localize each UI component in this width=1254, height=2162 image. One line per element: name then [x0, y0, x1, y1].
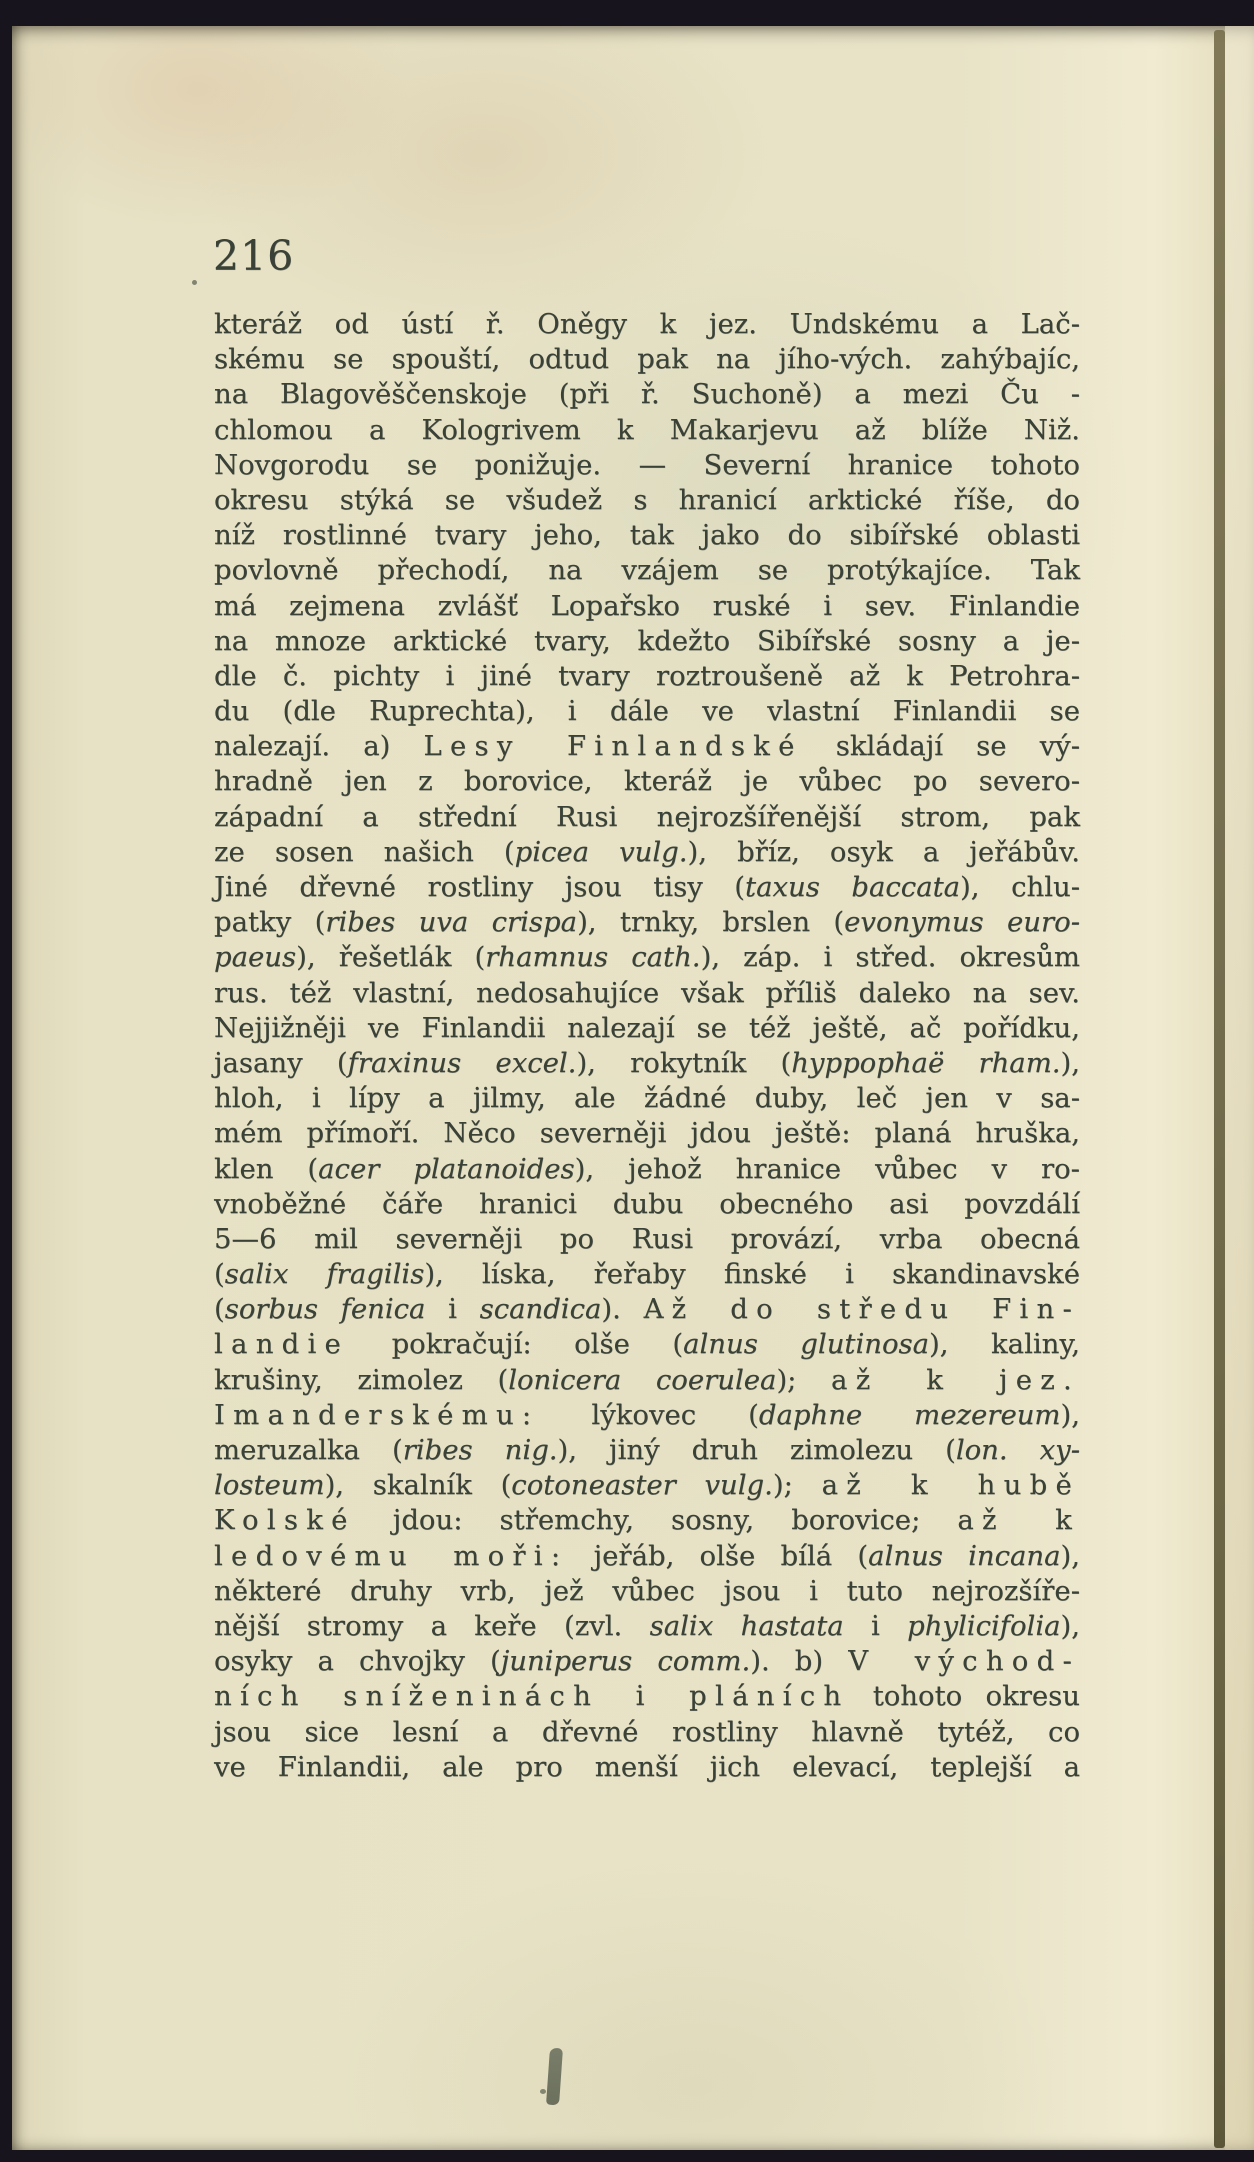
page-edge-strip	[1225, 26, 1254, 2150]
text-line: Imanderskému: lýkovec (daphne mezereum),	[214, 1398, 1080, 1433]
text-line: jsou sice lesní a dřevné rostliny hlavně…	[214, 1715, 1080, 1750]
text-segment: ), kaliny,	[929, 1328, 1080, 1360]
text-segment: krušiny, zimolez (	[214, 1364, 508, 1396]
text-line: ních sníženinách i pláních tohoto okresu	[214, 1679, 1080, 1714]
text-segment: Novgorodu se ponižuje. — Severní hranice…	[214, 449, 1080, 481]
text-segment: i	[844, 1610, 907, 1642]
text-segment: ), trnky, brslen (	[577, 906, 844, 938]
text-segment: až k hubě	[822, 1469, 1080, 1501]
text-segment: vnoběžné čáře hranici dubu obecného asi …	[214, 1188, 1080, 1220]
text-line: Jiné dřevné rostliny jsou tisy (taxus ba…	[214, 870, 1080, 905]
text-segment: ze sosen našich (	[214, 836, 515, 868]
text-line: (sorbus fenica i scandica). Až do středu…	[214, 1292, 1080, 1327]
text-segment: lon. xy-	[956, 1434, 1080, 1466]
text-line: hloh, i lípy a jilmy, ale žádné duby, le…	[214, 1081, 1080, 1116]
text-line: má zejmena zvlášť Lopařsko ruské i sev. …	[214, 589, 1080, 624]
text-segment: ), bříz, osyk a jeřábův.	[688, 836, 1080, 868]
text-segment: 5—6 mil severněji po Rusi provází, vrba …	[214, 1223, 1080, 1255]
text-line: kteráž od ústí ř. Oněgy k jez. Undskému …	[214, 307, 1080, 342]
ink-dot	[540, 2089, 546, 2094]
text-line: ve Finlandii, ale pro menší jich elevací…	[214, 1750, 1080, 1785]
text-segment: jdou: střemchy, sosny, borovice;	[356, 1504, 958, 1536]
text-segment: daphne mezereum	[759, 1399, 1061, 1431]
text-line: ze sosen našich (picea vulg.), bříz, osy…	[214, 835, 1080, 870]
text-segment: alnus glutinosa	[683, 1328, 929, 1360]
text-segment: juniperus comm.	[501, 1645, 751, 1677]
text-segment: jasany (	[214, 1047, 348, 1079]
text-segment: ribes nig.	[403, 1434, 558, 1466]
page-paper: 216 kteráž od ústí ř. Oněgy k jez. Undsk…	[12, 26, 1254, 2150]
text-segment: Jiné dřevné rostliny jsou tisy (	[214, 871, 745, 903]
text-segment: ), jiný druh zimolezu (	[558, 1434, 956, 1466]
text-line: některé druhy vrb, jež vůbec jsou i tuto…	[214, 1574, 1080, 1609]
text-line: vnoběžné čáře hranici dubu obecného asi …	[214, 1187, 1080, 1222]
text-line: krušiny, zimolez (lonicera coerulea); až…	[214, 1363, 1080, 1398]
text-segment: níž rostlinné tvary jeho, tak jako do si…	[214, 519, 1080, 551]
ink-smudge	[546, 2048, 563, 2106]
text-segment: na mnoze arktické tvary, kdežto Sibířské…	[214, 625, 1080, 657]
text-segment: i	[425, 1293, 479, 1325]
text-line: patky (ribes uva crispa), trnky, brslen …	[214, 905, 1080, 940]
text-line: osyky a chvojky (juniperus comm.). b) V …	[214, 1644, 1080, 1679]
text-line: hradně jen z borovice, kteráž je vůbec p…	[214, 764, 1080, 799]
text-segment: evonymus euro-	[844, 906, 1080, 938]
text-block: kteráž od ústí ř. Oněgy k jez. Undskému …	[214, 307, 1080, 1785]
text-segment: dle č. pichty i jiné tvary roztroušeně a…	[214, 660, 1080, 692]
text-segment: povlovně přechodí, na vzájem se protýkaj…	[214, 554, 1080, 586]
text-segment: lýkovec (	[539, 1399, 758, 1431]
text-segment: ), rokytník (	[576, 1047, 791, 1079]
text-line: na mnoze arktické tvary, kdežto Sibířské…	[214, 624, 1080, 659]
text-segment: ),	[1061, 1610, 1080, 1642]
text-segment: Až do středu Fin-	[644, 1293, 1080, 1325]
text-segment: ve Finlandii, ale pro menší jich elevací…	[214, 1751, 1080, 1783]
text-line: okresu stýká se všudež s hranicí arktick…	[214, 483, 1080, 518]
text-segment: salix fragilis	[225, 1258, 425, 1290]
text-line: rus. též vlastní, nedosahujíce však příl…	[214, 976, 1080, 1011]
text-segment: mém přímoří. Něco severněji jdou ještě: …	[214, 1117, 1080, 1149]
text-segment: hyppophaë rham.	[791, 1047, 1060, 1079]
text-segment: pokračují: olše (	[349, 1328, 683, 1360]
text-segment: (	[214, 1293, 225, 1325]
text-line: nější stromy a keře (zvl. salix hastata …	[214, 1609, 1080, 1644]
text-segment: kteráž od ústí ř. Oněgy k jez. Undskému …	[214, 308, 1080, 340]
text-line: (salix fragilis), líska, řeřaby finské i…	[214, 1257, 1080, 1292]
text-segment: du (dle Ruprechta), i dále ve vlastní Fi…	[214, 695, 1080, 727]
text-line: losteum), skalník (cotoneaster vulg.); a…	[214, 1468, 1080, 1503]
text-segment: okresu stýká se všudež s hranicí arktick…	[214, 484, 1080, 516]
paper-speck	[192, 280, 197, 285]
text-line: nalezají. a) Lesy Finlandské skládají se…	[214, 729, 1080, 764]
text-line: paeus), řešetlák (rhamnus cath.), záp. i…	[214, 940, 1080, 975]
text-segment: lonicera coerulea	[508, 1364, 776, 1396]
text-line: západní a střední Rusi nejrozšířenější s…	[214, 800, 1080, 835]
text-segment: ), líska, řeřaby finské i skandinavské	[424, 1258, 1080, 1290]
text-segment: phylicifolia	[907, 1610, 1060, 1642]
text-segment: na Blagověščenskoje (při ř. Suchoně) a m…	[214, 378, 1080, 410]
page-edge-line	[1214, 30, 1225, 2148]
text-segment: cotoneaster vulg.	[511, 1469, 773, 1501]
text-line: dle č. pichty i jiné tvary roztroušeně a…	[214, 659, 1080, 694]
text-line: povlovně přechodí, na vzájem se protýkaj…	[214, 553, 1080, 588]
text-segment: jeřáb, olše bílá (	[568, 1540, 868, 1572]
text-line: Novgorodu se ponižuje. — Severní hranice…	[214, 448, 1080, 483]
text-segment: fraxinus excel.	[348, 1047, 577, 1079]
text-line: ledovému moři: jeřáb, olše bílá (alnus i…	[214, 1539, 1080, 1574]
text-segment: ), záp. i střed. okresům	[701, 941, 1080, 973]
text-segment: ), chlu-	[960, 871, 1080, 903]
text-line: Nejjižněji ve Finlandii nalezají se též …	[214, 1011, 1080, 1046]
text-segment: ),	[1061, 1540, 1080, 1572]
text-segment: (	[214, 1258, 225, 1290]
text-segment: sorbus fenica	[225, 1293, 426, 1325]
text-segment: Imanderskému:	[214, 1399, 539, 1431]
text-line: 5—6 mil severněji po Rusi provází, vrba …	[214, 1222, 1080, 1257]
text-segment: V východ-	[848, 1645, 1080, 1677]
text-segment: ). b)	[750, 1645, 848, 1677]
text-segment: ), jehož hranice vůbec v ro-	[575, 1153, 1080, 1185]
text-segment: picea vulg.	[515, 836, 688, 868]
text-segment: landie	[214, 1328, 349, 1360]
text-line: Kolské jdou: střemchy, sosny, borovice; …	[214, 1503, 1080, 1538]
text-segment: nalezají. a)	[214, 730, 423, 762]
text-segment: až k	[957, 1504, 1080, 1536]
text-segment: rhamnus cath.	[485, 941, 700, 973]
text-segment: Lesy Finlandské	[423, 730, 802, 762]
text-segment: tohoto okresu	[849, 1680, 1080, 1712]
text-line: meruzalka (ribes nig.), jiný druh zimole…	[214, 1433, 1080, 1468]
text-line: chlomou a Kologrivem k Makarjevu až blíž…	[214, 413, 1080, 448]
text-segment: );	[776, 1364, 831, 1396]
text-segment: meruzalka (	[214, 1434, 403, 1466]
text-line: skému se spouští, odtud pak na jího-vých…	[214, 342, 1080, 377]
text-line: jasany (fraxinus excel.), rokytník (hypp…	[214, 1046, 1080, 1081]
text-line: klen (acer platanoides), jehož hranice v…	[214, 1152, 1080, 1187]
text-segment: ),	[1061, 1047, 1080, 1079]
text-line: landie pokračují: olše (alnus glutinosa)…	[214, 1327, 1080, 1362]
photo-frame: 216 kteráž od ústí ř. Oněgy k jez. Undsk…	[0, 0, 1254, 2162]
text-segment: ribes uva crispa	[325, 906, 577, 938]
text-segment: osyky a chvojky (	[214, 1645, 501, 1677]
text-segment: alnus incana	[868, 1540, 1060, 1572]
text-segment: až k jez.	[831, 1364, 1080, 1396]
text-segment: nější stromy a keře (zvl.	[214, 1610, 650, 1642]
text-segment: klen (	[214, 1153, 318, 1185]
text-segment: hloh, i lípy a jilmy, ale žádné duby, le…	[214, 1082, 1080, 1114]
text-segment: má zejmena zvlášť Lopařsko ruské i sev. …	[214, 590, 1080, 622]
text-segment: salix hastata	[650, 1610, 844, 1642]
text-segment: chlomou a Kologrivem k Makarjevu až blíž…	[214, 414, 1080, 446]
text-segment: ), řešetlák (	[296, 941, 485, 973]
text-segment: ních sníženinách i pláních	[214, 1680, 849, 1712]
text-segment: );	[773, 1469, 822, 1501]
text-segment: scandica	[480, 1293, 602, 1325]
text-segment: skému se spouští, odtud pak na jího-vých…	[214, 343, 1080, 375]
text-segment: některé druhy vrb, jež vůbec jsou i tuto…	[214, 1575, 1080, 1607]
text-line: du (dle Ruprechta), i dále ve vlastní Fi…	[214, 694, 1080, 729]
text-line: mém přímoří. Něco severněji jdou ještě: …	[214, 1116, 1080, 1151]
text-segment: jsou sice lesní a dřevné rostliny hlavně…	[214, 1716, 1080, 1748]
text-segment: taxus baccata	[745, 871, 960, 903]
page-number: 216	[213, 236, 294, 277]
text-segment: ), skalník (	[325, 1469, 512, 1501]
text-segment: skládají se vý-	[803, 730, 1080, 762]
text-segment: západní a střední Rusi nejrozšířenější s…	[214, 801, 1080, 833]
text-segment: ledovému moři:	[214, 1540, 568, 1572]
text-line: na Blagověščenskoje (při ř. Suchoně) a m…	[214, 377, 1080, 412]
text-segment: Kolské	[214, 1504, 356, 1536]
text-line: níž rostlinné tvary jeho, tak jako do si…	[214, 518, 1080, 553]
text-segment: Nejjižněji ve Finlandii nalezají se též …	[214, 1012, 1080, 1044]
text-segment: ).	[601, 1293, 643, 1325]
text-segment: paeus	[214, 941, 296, 973]
text-segment: hradně jen z borovice, kteráž je vůbec p…	[214, 765, 1080, 797]
text-segment: rus. též vlastní, nedosahujíce však příl…	[214, 977, 1080, 1009]
text-segment: ),	[1061, 1399, 1080, 1431]
text-segment: acer platanoides	[318, 1153, 574, 1185]
text-segment: losteum	[214, 1469, 325, 1501]
text-segment: patky (	[214, 906, 325, 938]
